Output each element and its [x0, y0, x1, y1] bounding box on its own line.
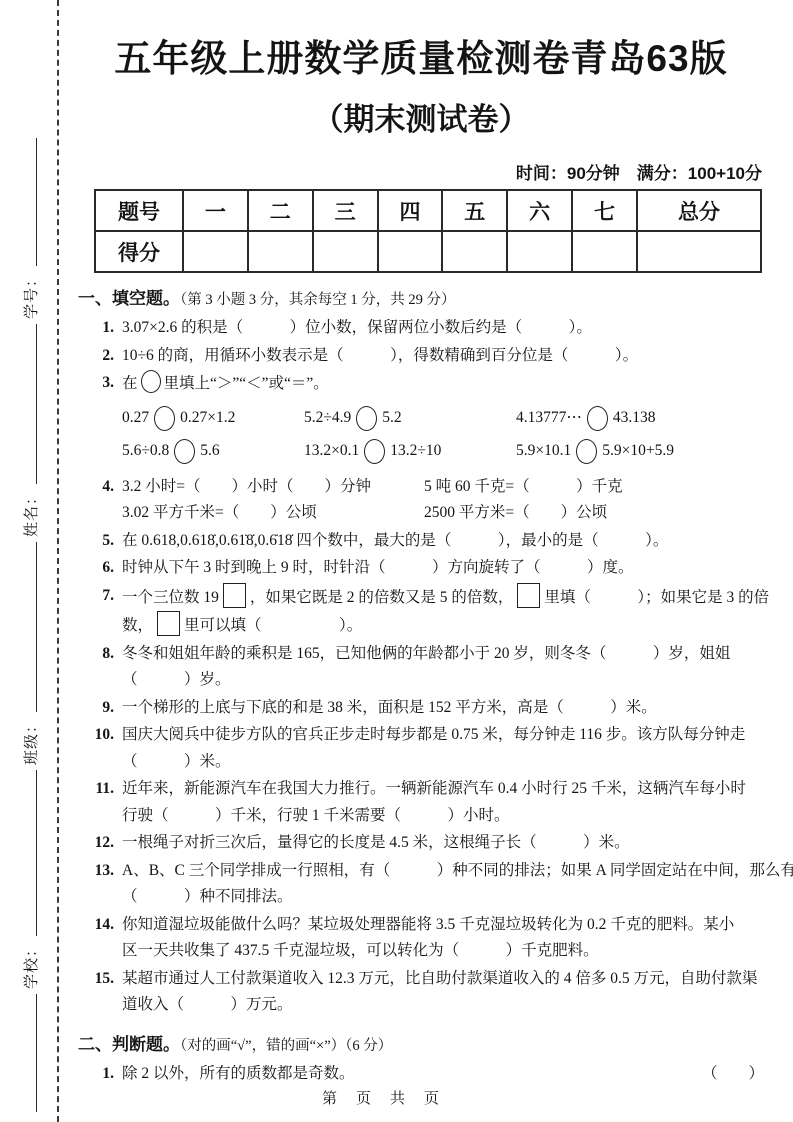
question-text: 里可以填（ ）。 — [184, 617, 362, 634]
question-number: 15. — [78, 966, 114, 993]
compare-circle-shape — [364, 439, 385, 464]
compare-left: 4.13777⋯ — [516, 405, 582, 432]
question-line: 你知道湿垃圾能做什么吗？某垃圾处理器能将 3.5 千克湿垃圾转化为 0.2 千克… — [122, 912, 764, 939]
question-9: 9. 一个梯形的上底与下底的和是 38 米，面积是 152 平方米，高是（ ）米… — [78, 695, 764, 722]
question-15: 15. 某超市通过人工付款渠道收入 12.3 万元，比自助付款渠道收入的 4 倍… — [78, 966, 764, 1019]
question-number: 14. — [78, 912, 114, 939]
score-header-cell: 总分 — [637, 190, 761, 231]
score-empty-cell — [442, 231, 507, 272]
section2-heading: 二、判断题。（对的画“√”，错的画“×”）（6 分） — [78, 1031, 764, 1060]
compare-left: 5.9×10.1 — [516, 438, 571, 465]
score-empty-cell — [378, 231, 443, 272]
question-number: 6. — [78, 555, 114, 582]
question-12: 12. 一根绳子对折三次后，量得它的长度是 4.5 米，这根绳子长（ ）米。 — [78, 830, 764, 857]
question-number: 7. — [78, 583, 114, 610]
question-number: 5. — [78, 528, 114, 555]
comparison-cell: 5.9×10.15.9×10+5.9 — [516, 438, 674, 465]
question-10: 10. 国庆大阅兵中徒步方队的官兵正步走时每步都是 0.75 米，每分钟走 11… — [78, 722, 764, 775]
question-text: 除 2 以外，所有的质数都是奇数。 — [122, 1061, 355, 1088]
question-6: 6. 时钟从下午 3 时到晚上 9 时，时针沿（ ）方向旋转了（ ）度。 — [78, 555, 764, 582]
score-header-cell: 六 — [507, 190, 572, 231]
score-header-cell: 四 — [378, 190, 443, 231]
question-14: 14. 你知道湿垃圾能做什么吗？某垃圾处理器能将 3.5 千克湿垃圾转化为 0.… — [78, 912, 764, 965]
score-empty-cell — [637, 231, 761, 272]
question-line: 冬冬和姐姐年龄的乘积是 165，已知他俩的年龄都小于 20 岁，则冬冬（ ）岁，… — [122, 641, 764, 668]
compare-left: 13.2×0.1 — [304, 438, 359, 465]
question-line: 2500 平方米=（ ）公顷 — [424, 500, 764, 527]
score-header-cell: 一 — [183, 190, 248, 231]
section1-title: 一、填空题。 — [78, 289, 180, 308]
question-text: 里填上“＞”“＜”或“＝”。 — [164, 375, 329, 392]
question-8: 8. 冬冬和姐姐年龄的乘积是 165，已知他俩的年龄都小于 20 岁，则冬冬（ … — [78, 641, 764, 694]
question-line: 某超市通过人工付款渠道收入 12.3 万元，比自助付款渠道收入的 4 倍多 0.… — [122, 966, 764, 993]
compare-circle-shape — [174, 439, 195, 464]
question-line: 数，里可以填（ ）。 — [122, 611, 764, 640]
question-line: （ ）米。 — [122, 749, 764, 776]
blank-box-shape — [223, 583, 246, 608]
question-line: 近年来，新能源汽车在我国大力推行。一辆新能源汽车 0.4 小时行 25 千米，这… — [122, 776, 764, 803]
seal-label-class: 班级： — [20, 717, 41, 765]
question-13: 13. A、B、C 三个同学排成一行照相，有（ ）种不同的排法；如果 A 同学固… — [78, 858, 764, 911]
compare-circle-shape — [141, 370, 161, 393]
score-header-cell: 二 — [248, 190, 313, 231]
question-text: 里填（ ）；如果它是 3 的倍 — [544, 589, 769, 606]
question-text: 一个三位数 19 — [122, 589, 219, 606]
section2-note: （对的画“√”，错的画“×”）（6 分） — [180, 1038, 392, 1054]
question-line: 区一天共收集了 437.5 千克湿垃圾，可以转化为（ ）千克肥料。 — [122, 938, 764, 965]
question-line: A、B、C 三个同学排成一行照相，有（ ）种不同的排法；如果 A 同学固定站在中… — [122, 858, 764, 885]
question-line: 3.02 平方千米=（ ）公顷 — [122, 500, 424, 527]
seal-label-student-id: 学号： — [20, 271, 41, 319]
compare-right: 0.27×1.2 — [180, 405, 235, 432]
section1-note: （第 3 小题 3 分，其余每空 1 分，共 29 分） — [180, 292, 456, 308]
question-line: 一根绳子对折三次后，量得它的长度是 4.5 米，这根绳子长（ ）米。 — [122, 830, 764, 857]
seal-writing-line — [36, 770, 37, 936]
compare-right: 5.6 — [200, 438, 219, 465]
score-row-label: 得分 — [95, 231, 183, 272]
question-3: 3. 在里填上“＞”“＜”或“＝”。 0.270.27×1.2 5.2÷4.95… — [78, 370, 764, 468]
exam-subtitle: （期末测试卷） — [78, 94, 764, 139]
question-number: 9. — [78, 695, 114, 722]
score-table: 题号 一 二 三 四 五 六 七 总分 得分 — [94, 189, 762, 273]
score-table-score-row: 得分 — [95, 231, 761, 272]
compare-right: 13.2÷10 — [390, 438, 441, 465]
seal-writing-line — [36, 324, 37, 484]
exam-paper-page: 学校： 班级： 姓名： 学号： 五年级上册数学质量检测卷青岛63版 （期末测试卷… — [0, 0, 793, 1122]
compare-circle-shape — [154, 406, 175, 431]
comparison-rows: 0.270.27×1.2 5.2÷4.95.2 4.13777⋯43.138 5… — [122, 402, 764, 468]
compare-right: 5.2 — [382, 405, 401, 432]
compare-left: 5.2÷4.9 — [304, 405, 351, 432]
compare-left: 5.6÷0.8 — [122, 438, 169, 465]
question-5: 5. 在 0.618,0.618̇,0.61̇8̇,0.6̇18̇ 四个数中，最… — [78, 528, 764, 555]
question-1: 1. 3.07×2.6 的积是（ ）位小数，保留两位小数后约是（ ）。 — [78, 315, 764, 342]
score-header-cell: 五 — [442, 190, 507, 231]
question-line: 3.2 小时=（ ）小时（ ）分钟 — [122, 474, 424, 501]
score-empty-cell — [313, 231, 378, 272]
comparison-cell: 0.270.27×1.2 — [122, 405, 304, 432]
score-header-cell: 七 — [572, 190, 637, 231]
question-text: ，如果它既是 2 的倍数又是 5 的倍数， — [250, 589, 514, 606]
compare-right: 5.9×10+5.9 — [602, 438, 674, 465]
question-number: 2. — [78, 343, 114, 370]
question-number: 3. — [78, 370, 114, 397]
score-header-cell: 三 — [313, 190, 378, 231]
compare-circle-shape — [587, 406, 608, 431]
score-empty-cell — [248, 231, 313, 272]
score-empty-cell — [507, 231, 572, 272]
comparison-cell: 4.13777⋯43.138 — [516, 405, 656, 432]
question-line: （ ）种不同排法。 — [122, 884, 764, 911]
question-4: 4. 3.2 小时=（ ）小时（ ）分钟 5 吨 60 千克=（ ）千克 3.0… — [78, 474, 764, 527]
question-number: 8. — [78, 641, 114, 668]
question-line: 一个梯形的上底与下底的和是 38 米，面积是 152 平方米，高是（ ）米。 — [122, 695, 764, 722]
question-line: 3.07×2.6 的积是（ ）位小数，保留两位小数后约是（ ）。 — [122, 315, 764, 342]
seal-strip: 学校： 班级： 姓名： 学号： — [14, 32, 46, 1112]
comparison-row: 5.6÷0.85.6 13.2×0.113.2÷10 5.9×10.15.9×1… — [122, 435, 764, 468]
question-11: 11. 近年来，新能源汽车在我国大力推行。一辆新能源汽车 0.4 小时行 25 … — [78, 776, 764, 829]
score-empty-cell — [572, 231, 637, 272]
comparison-cell: 5.2÷4.95.2 — [304, 405, 516, 432]
compare-circle-shape — [356, 406, 377, 431]
question-line: 国庆大阅兵中徒步方队的官兵正步走时每步都是 0.75 米，每分钟走 116 步。… — [122, 722, 764, 749]
exam-title: 五年级上册数学质量检测卷青岛63版 — [78, 36, 764, 82]
question-number: 1. — [78, 1061, 114, 1088]
seal-label-school: 学校： — [20, 941, 41, 989]
blank-box-shape — [157, 611, 180, 636]
question-line: 一个三位数 19，如果它既是 2 的倍数又是 5 的倍数，里填（ ）；如果它是 … — [122, 583, 764, 612]
question-text: 在 — [122, 375, 138, 392]
question-line: 道收入（ ）万元。 — [122, 992, 764, 1019]
question-number: 11. — [78, 776, 114, 803]
question-number: 10. — [78, 722, 114, 749]
question-line: 时钟从下午 3 时到晚上 9 时，时针沿（ ）方向旋转了（ ）度。 — [122, 555, 764, 582]
judgment-row: 除 2 以外，所有的质数都是奇数。 （ ） — [122, 1061, 764, 1088]
question-line: （ ）岁。 — [122, 667, 764, 694]
question-line: 行驶（ ）千米，行驶 1 千米需要（ ）小时。 — [122, 803, 764, 830]
answer-blank: （ ） — [702, 1061, 764, 1088]
comparison-row: 0.270.27×1.2 5.2÷4.95.2 4.13777⋯43.138 — [122, 402, 764, 435]
question-line: 在里填上“＞”“＜”或“＝”。 — [122, 370, 764, 398]
compare-circle-shape — [576, 439, 597, 464]
section1-heading: 一、填空题。（第 3 小题 3 分，其余每空 1 分，共 29 分） — [78, 285, 764, 314]
question-line: 5 吨 60 千克=（ ）千克 — [424, 474, 764, 501]
question-number: 1. — [78, 315, 114, 342]
seal-writing-line — [36, 138, 37, 266]
score-table-header-row: 题号 一 二 三 四 五 六 七 总分 — [95, 190, 761, 231]
comparison-cell: 13.2×0.113.2÷10 — [304, 438, 516, 465]
page-footer: 第 页 共 页 — [0, 1087, 763, 1108]
question-2: 2. 10÷6 的商，用循环小数表示是（ ），得数精确到百分位是（ ）。 — [78, 343, 764, 370]
question-number: 13. — [78, 858, 114, 885]
question-line: 10÷6 的商，用循环小数表示是（ ），得数精确到百分位是（ ）。 — [122, 343, 764, 370]
seal-label-name: 姓名： — [20, 489, 41, 537]
seal-dashed-line — [57, 0, 59, 1122]
compare-right: 43.138 — [613, 405, 656, 432]
unit-conversion-grid: 3.2 小时=（ ）小时（ ）分钟 5 吨 60 千克=（ ）千克 3.02 平… — [122, 474, 764, 527]
question-number: 4. — [78, 474, 114, 501]
score-header-cell: 题号 — [95, 190, 183, 231]
seal-writing-line — [36, 542, 37, 712]
section2-title: 二、判断题。 — [78, 1035, 180, 1054]
question-7: 7. 一个三位数 19，如果它既是 2 的倍数又是 5 的倍数，里填（ ）；如果… — [78, 583, 764, 640]
exam-time-score-info: 时间：90分钟 满分：100+10分 — [78, 159, 764, 184]
question-number: 12. — [78, 830, 114, 857]
question-line: 在 0.618,0.618̇,0.61̇8̇,0.6̇18̇ 四个数中，最大的是… — [122, 528, 764, 555]
score-empty-cell — [183, 231, 248, 272]
compare-left: 0.27 — [122, 405, 149, 432]
judgment-question-1: 1. 除 2 以外，所有的质数都是奇数。 （ ） — [78, 1061, 764, 1088]
question-text: 数， — [122, 617, 153, 634]
comparison-cell: 5.6÷0.85.6 — [122, 438, 304, 465]
blank-box-shape — [517, 583, 540, 608]
